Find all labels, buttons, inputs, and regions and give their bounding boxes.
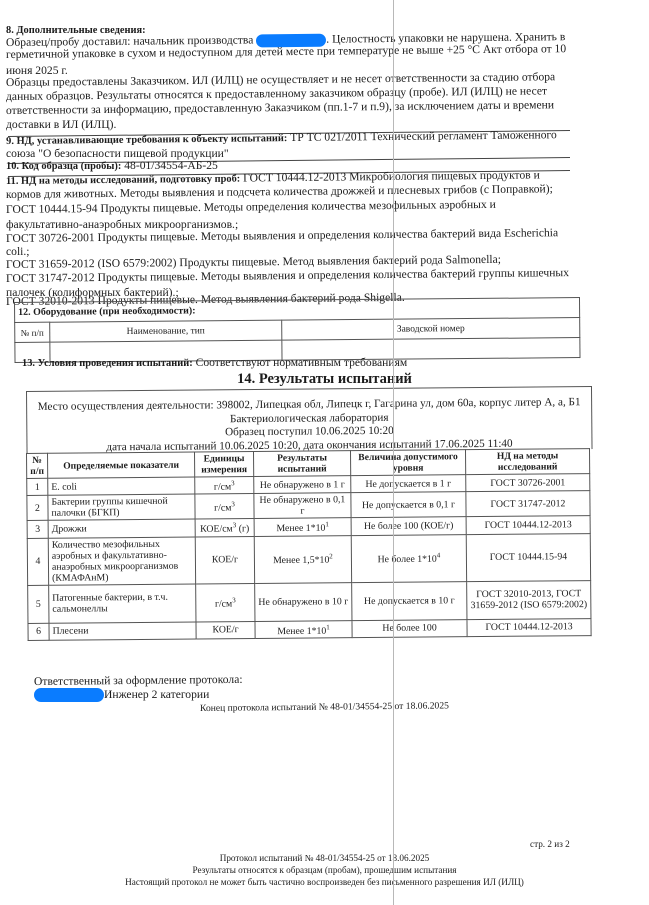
row-unit: г/см3 [195,494,254,520]
row-limit: Не допускается в 1 г [351,475,466,493]
table-row: 5 Патогенные бактерии, в т.ч. сальмонелл… [28,580,591,623]
footer-line3: Настоящий протокол не может быть частичн… [0,877,649,888]
header-result: Результаты испытаний [253,451,350,477]
section13-title: 13. Условия проведения испытаний: [22,358,193,369]
row-indicator: Патогенные бактерии, в т.ч. сальмонеллы [49,584,196,623]
row-limit: Не более 1*104 [351,534,466,582]
header-method: НД на методы исследований [465,449,589,475]
row-method: ГОСТ 30726-2001 [466,474,590,492]
section9-value1: ТР ТС 021/2011 Технический регламент Там… [290,128,557,144]
row-method: ГОСТ 10444.12-2013 [467,618,591,636]
row-indicator: E. coli [48,477,195,496]
col-name-header: Наименование, тип [50,320,282,342]
row-result: Не обнаружено в 1 г [254,476,351,494]
row-indicator: Дрожжи [48,519,195,538]
document-page: 8. Дополнительные сведения: Образец/проб… [0,0,649,905]
footer-line2: Результаты относятся к образцам (пробам)… [0,865,649,876]
row-limit: Не допускается в 0,1 г [351,492,466,518]
signer-position: Инженер 2 категории [104,688,209,701]
footer-line1: Протокол испытаний № 48-01/34554-25 от 1… [0,853,649,864]
section13: 13. Условия проведения испытаний: Соотве… [22,356,407,371]
row-limit: Не допускается в 10 г [352,581,467,620]
row-method: ГОСТ 31747-2012 [466,491,590,517]
signature-line: Инженер 2 категории [34,688,209,702]
row-num: 6 [28,623,49,640]
row-num: 1 [27,478,48,495]
header-unit: Единицы измерения [194,452,253,478]
col-serial-header: Заводской номер [282,318,580,341]
header-num: № п/п [27,453,48,478]
equipment-table: 12. Оборудование (при необходимости): № … [14,297,581,363]
row-limit: Не более 100 [352,619,467,637]
row-num: 5 [28,585,49,623]
row-num: 2 [27,496,48,521]
row-method: ГОСТ 32010-2013, ГОСТ 31659-2012 (ISO 65… [467,580,591,619]
scan-fold-line [393,0,394,905]
page-number: стр. 2 из 2 [530,837,570,851]
row-num: 4 [27,538,48,585]
section10-title: 10. Код образца (пробы): [6,161,121,172]
results-table: № п/п Определяемые показатели Единицы из… [26,448,592,641]
row-method: ГОСТ 10444.12-2013 [466,516,590,534]
row-result: Менее 1*101 [255,620,352,638]
header-limit: Величина допустимого уровня [350,450,465,476]
row-indicator: Плесени [49,622,196,641]
row-result: Не обнаружено в 10 г [255,582,352,621]
conditions-value: Соответствуют нормативным требованиям [196,356,408,369]
header-indicator: Определяемые показатели [48,452,195,478]
signature-label: Ответственный за оформление протокола: [34,673,243,689]
results-header-box: Место осуществления деятельности: 398002… [26,386,593,454]
row-result: Менее 1,5*102 [254,535,351,583]
redacted-signature [34,688,104,702]
row-unit: г/см3 [196,583,255,622]
end-note: Конец протокола испытаний № 48-01/34554-… [200,699,449,716]
col-num-header: № п/п [15,322,50,342]
row-method: ГОСТ 10444.15-94 [466,533,590,581]
table-row: 4 Количество мезофильных аэробных и факу… [27,533,590,585]
row-result: Не обнаружено в 0,1 г [254,493,351,519]
section9-title: 9. НД, устанавливающие требования к объе… [6,133,287,147]
row-unit: КОЕ/см3 (г) [195,519,254,537]
row-indicator: Бактерии группы кишечной палочки (БГКП) [48,494,195,520]
row-num: 3 [27,521,48,538]
sample-code: 48-01/34554-АБ-25 [124,159,218,172]
row-indicator: Количество мезофильных аэробных и факуль… [48,537,195,585]
row-unit: КОЕ/г [196,621,255,639]
row-unit: г/см3 [195,477,254,495]
table-row: 6 Плесени КОЕ/г Менее 1*101 Не более 100… [28,618,591,640]
row-unit: КОЕ/г [195,536,254,584]
row-limit: Не более 100 (КОЕ/г) [351,517,466,535]
row-result: Менее 1*101 [254,518,351,536]
